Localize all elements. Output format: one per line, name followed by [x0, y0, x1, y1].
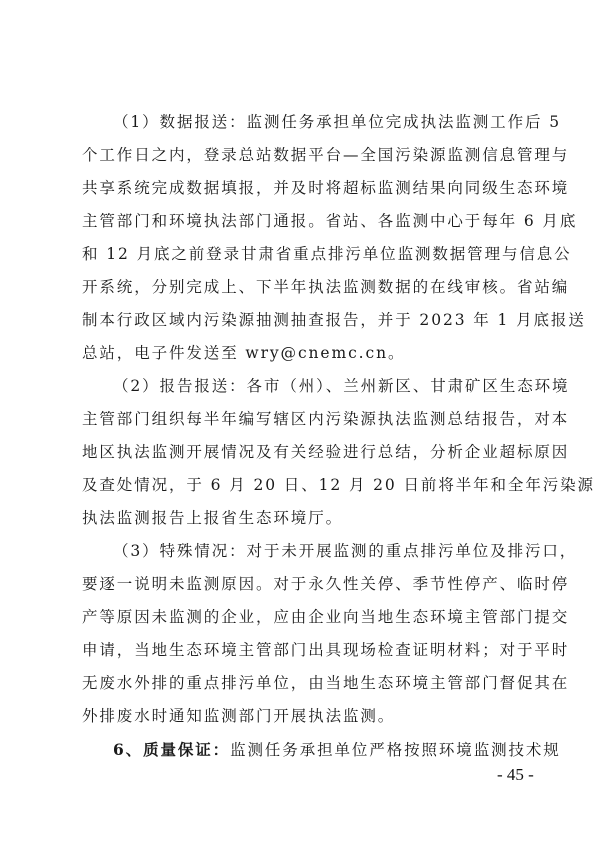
text-line: 开系统，分别完成上、下半年执法监测数据的在线审核。省站编	[82, 271, 526, 304]
text-line: 无废水外排的重点排污单位，由当地生态环境主管部门督促其在	[82, 667, 526, 700]
text-line: 6、质量保证：监测任务承担单位严格按照环境监测技术规	[82, 733, 526, 766]
text-line: 主管部门组织每半年编写辖区内污染源执法监测总结报告，对本	[82, 403, 526, 436]
text-line: （1）数据报送：监测任务承担单位完成执法监测工作后 5	[82, 106, 526, 139]
paragraph-data-submission: （1）数据报送：监测任务承担单位完成执法监测工作后 5 个工作日之内，登录总站数…	[82, 106, 526, 370]
text-line: 个工作日之内，登录总站数据平台—全国污染源监测信息管理与	[82, 139, 526, 172]
page-number: - 45 -	[497, 765, 534, 785]
paragraph-report-submission: （2）报告报送：各市（州）、兰州新区、甘肃矿区生态环境 主管部门组织每半年编写辖…	[82, 370, 526, 535]
text-line: 执法监测报告上报省生态环境厅。	[82, 502, 526, 535]
text-line: 制本行政区域内污染源抽测抽查报告，并于 2023 年 1 月底报送	[82, 304, 526, 337]
paragraph-special-cases: （3）特殊情况：对于未开展监测的重点排污单位及排污口， 要逐一说明未监测原因。对…	[82, 535, 526, 733]
text-line: 总站，电子件发送至 wry@cnemc.cn。	[82, 337, 526, 370]
document-page: （1）数据报送：监测任务承担单位完成执法监测工作后 5 个工作日之内，登录总站数…	[0, 0, 600, 848]
text-line: 及查处情况，于 6 月 20 日、12 月 20 日前将半年和全年污染源	[82, 469, 526, 502]
text-line: 主管部门和环境执法部门通报。省站、各监测中心于每年 6 月底	[82, 205, 526, 238]
text-run: 监测任务承担单位严格按照环境监测技术规	[230, 741, 561, 759]
text-line: 和 12 月底之前登录甘肃省重点排污单位监测数据管理与信息公	[82, 238, 526, 271]
text-line: 外排废水时通知监测部门开展执法监测。	[82, 700, 526, 733]
section-heading: 6、质量保证：	[113, 740, 230, 759]
text-line: （3）特殊情况：对于未开展监测的重点排污单位及排污口，	[82, 535, 526, 568]
text-line: 地区执法监测开展情况及有关经验进行总结，分析企业超标原因	[82, 436, 526, 469]
paragraph-quality-assurance: 6、质量保证：监测任务承担单位严格按照环境监测技术规	[82, 733, 526, 766]
body-text: （1）数据报送：监测任务承担单位完成执法监测工作后 5 个工作日之内，登录总站数…	[82, 106, 526, 766]
text-line: 产等原因未监测的企业，应由企业向当地生态环境主管部门提交	[82, 601, 526, 634]
text-line: （2）报告报送：各市（州）、兰州新区、甘肃矿区生态环境	[82, 370, 526, 403]
text-line: 申请，当地生态环境主管部门出具现场检查证明材料；对于平时	[82, 634, 526, 667]
text-line: 共享系统完成数据填报，并及时将超标监测结果向同级生态环境	[82, 172, 526, 205]
text-line: 要逐一说明未监测原因。对于永久性关停、季节性停产、临时停	[82, 568, 526, 601]
